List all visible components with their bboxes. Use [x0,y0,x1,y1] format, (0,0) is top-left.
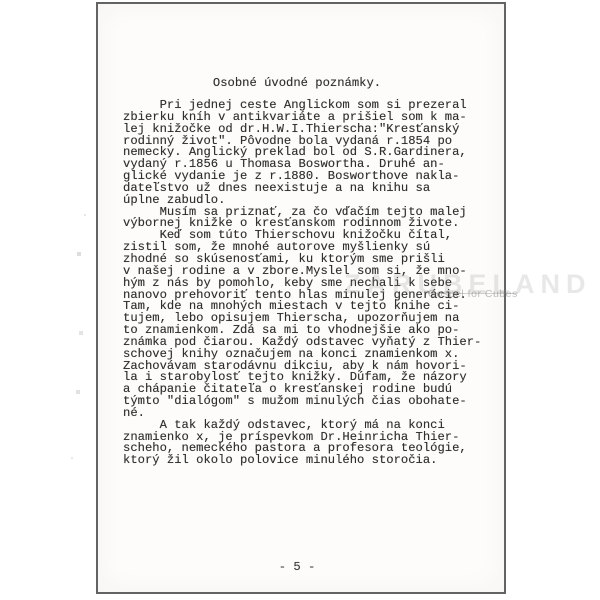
document-body-text: Pri jednej ceste Anglickom som si prezer… [123,100,481,467]
page-number: - 5 - [123,560,471,574]
document-heading: Osobné úvodné poznámky. [123,77,471,90]
scan-artifact-specks [0,0,2,2]
screenshot-viewport: Osobné úvodné poznámky. Pri jednej ceste… [0,0,600,600]
